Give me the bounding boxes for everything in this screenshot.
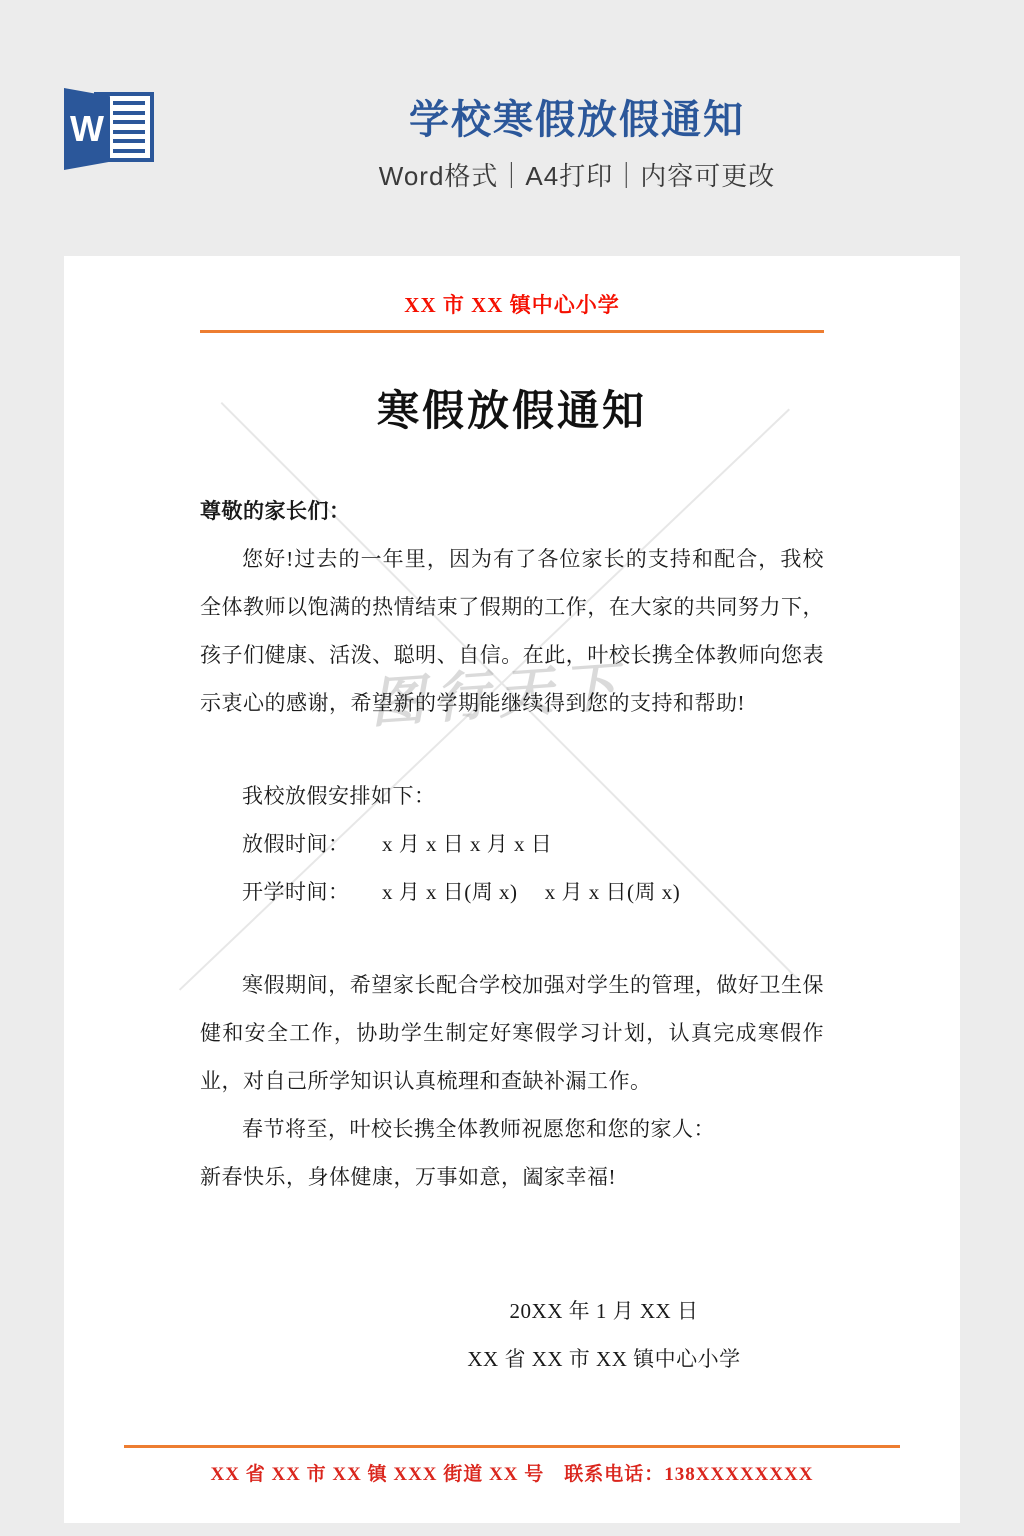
- signature-block: 20XX 年 1 月 XX 日 XX 省 XX 市 XX 镇中心小学: [439, 1287, 769, 1383]
- request-paragraph: 寒假期间，希望家长配合学校加强对学生的管理，做好卫生保健和安全工作，协助学生制定…: [200, 961, 824, 1105]
- signature-line: XX 省 XX 市 XX 镇中心小学: [439, 1335, 769, 1383]
- word-icon: W: [64, 88, 156, 170]
- closing-line-1: 春节将至，叶校长携全体教师祝愿您和您的家人：: [200, 1105, 824, 1153]
- document-content: XX 市 XX 镇中心小学 寒假放假通知 尊敬的家长们： 您好!过去的一年里，因…: [64, 292, 960, 1383]
- word-icon-letter: W: [70, 111, 104, 147]
- template-subtitle: Word格式｜A4打印｜内容可更改: [150, 156, 1004, 193]
- salutation: 尊敬的家长们：: [200, 487, 824, 535]
- footer-contact-line: XX 省 XX 市 XX 镇 XXX 街道 XX 号 联系电话：138XXXXX…: [64, 1462, 960, 1488]
- date-line: 20XX 年 1 月 XX 日: [439, 1287, 769, 1335]
- school-name-header: XX 市 XX 镇中心小学: [200, 292, 824, 318]
- document-page: 图行天下 XX 市 XX 镇中心小学 寒假放假通知 尊敬的家长们： 您好!过去的…: [64, 256, 960, 1523]
- closing-line-2: 新春快乐，身体健康，万事如意，阖家幸福!: [200, 1153, 824, 1201]
- header-text-block: 学校寒假放假通知 Word格式｜A4打印｜内容可更改: [150, 96, 1004, 193]
- notice-title: 寒假放假通知: [200, 383, 824, 441]
- schedule-intro-line: 我校放假安排如下：: [200, 772, 824, 820]
- template-title: 学校寒假放假通知: [150, 96, 1004, 144]
- footer-divider-line: [124, 1445, 900, 1448]
- intro-paragraph: 您好!过去的一年里，因为有了各位家长的支持和配合，我校全体教师以饱满的热情结束了…: [200, 535, 824, 727]
- holiday-time-line: 放假时间： x 月 x 日 x 月 x 日: [200, 820, 824, 868]
- header-divider-line: [200, 330, 824, 333]
- word-icon-panel: W: [64, 88, 110, 170]
- school-start-line: 开学时间： x 月 x 日(周 x) x 月 x 日(周 x): [200, 868, 824, 916]
- preview-header: W 学校寒假放假通知 Word格式｜A4打印｜内容可更改: [0, 0, 1024, 256]
